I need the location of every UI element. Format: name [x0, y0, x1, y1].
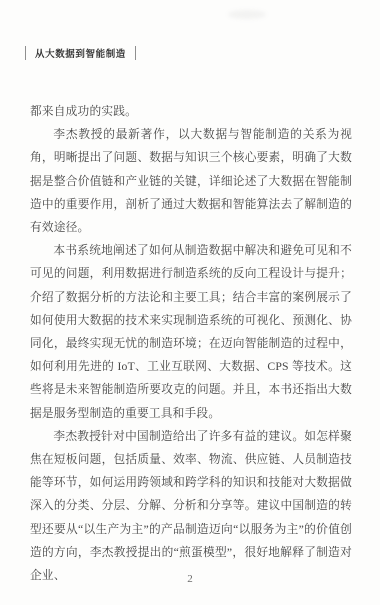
- header-right-rule: [135, 46, 136, 60]
- paragraph-continuation: 都来自成功的实践。: [30, 100, 352, 123]
- page-number: 2: [0, 573, 380, 585]
- header-left-rule: [25, 46, 26, 60]
- running-header: 从大数据到智能制造: [25, 46, 136, 60]
- body-text: 都来自成功的实践。 李杰教授的最新著作，以大数据与智能制造的关系为视角，明晰提出…: [30, 100, 352, 587]
- paragraph: 李杰教授的最新著作，以大数据与智能制造的关系为视角，明晰提出了问题、数据与知识三…: [30, 123, 352, 239]
- paragraph: 本书系统地阐述了如何从制造数据中解决和避免可见和不可见的问题，利用数据进行制造系…: [30, 239, 352, 425]
- scan-smudge: [228, 10, 266, 19]
- book-title: 从大数据到智能制造: [35, 46, 126, 60]
- book-page: 从大数据到智能制造 都来自成功的实践。 李杰教授的最新著作，以大数据与智能制造的…: [0, 0, 380, 605]
- paragraph: 李杰教授针对中国制造给出了许多有益的建议。如怎样聚焦在短板问题，包括质量、效率、…: [30, 425, 352, 587]
